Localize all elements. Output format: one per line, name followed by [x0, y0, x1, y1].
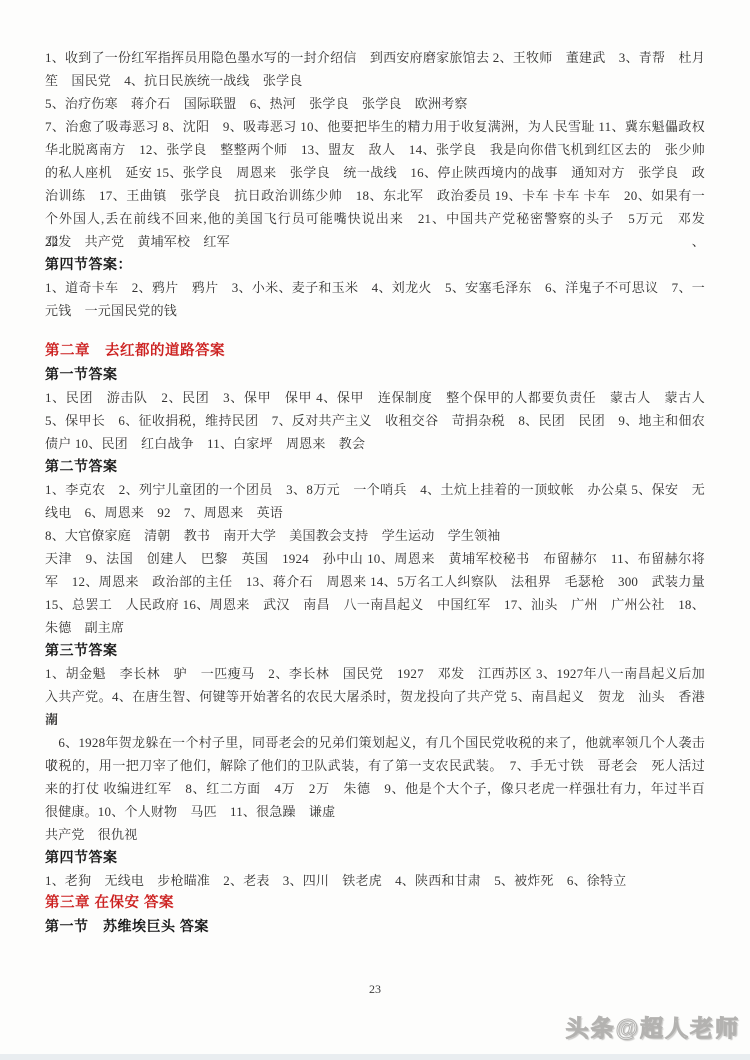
section-heading: 第二节答案	[45, 455, 705, 478]
page-number: 23	[0, 982, 750, 997]
section-heading: 第一节答案	[45, 363, 705, 386]
text-line: 很健康。10、个人财物 马匹 11、很急躁 谦虚	[45, 800, 705, 823]
text-line: 5、治疗伤寒 蒋介石 国际联盟 6、热河 张学良 张学良 欧洲考察	[45, 92, 705, 115]
chapter-heading: 第三章 在保安 答案	[45, 892, 705, 915]
text-line: 6、1928年贺龙躲在一个村子里，同哥老会的兄弟们策划起义，有几个国民党收税的来…	[45, 731, 705, 754]
text-line: 债户 10、民团 红白战争 11、白家坪 周恩来 教会	[45, 432, 705, 455]
text-line: 天津 9、法国 创建人 巴黎 英国 1924 孙中山 10、周恩来 黄埔军校秘书…	[45, 547, 705, 570]
text-line: 个外国人,丢在前线不回来,他的美国飞行员可能嘴快说出来 21、中国共产党秘密警察…	[45, 207, 705, 230]
text-line: 来的打仗 收编进红军 8、红二方面 4万 2万 朱德 9、他是个大个子，像只老虎…	[45, 777, 705, 800]
text-line: 1、民团 游击队 2、民团 3、保甲 保甲 4、保甲 连保制度 整个保甲的人都要…	[45, 386, 705, 409]
text-line: 南	[45, 708, 705, 731]
text-line: 1、道奇卡车 2、鸦片 鸦片 3、小米、麦子和玉米 4、刘龙火 5、安塞毛泽东 …	[45, 276, 705, 299]
section-heading: 第四节答案：	[45, 253, 705, 276]
text-line: 1、收到了一份红军指挥员用隐色墨水写的一封介绍信 到西安府磨家旅馆去 2、王牧师…	[45, 46, 705, 69]
text-line: 1、老狗 无线电 步枪瞄准 2、老表 3、四川 铁老虎 4、陕西和甘肃 5、被炸…	[45, 869, 705, 892]
section-heading: 第三节答案	[45, 639, 705, 662]
text-line: 收税的，用一把刀宰了他们，解除了他们的卫队武装，有了第一支农民武装。 7、手无寸…	[45, 754, 705, 777]
text-line: 7、治愈了吸毒恶习 8、沈阳 9、吸毒恶习 10、他要把毕生的精力用于收复满洲，…	[45, 115, 705, 138]
section-heading: 第四节答案	[45, 846, 705, 869]
text-line: 治训练 17、王曲镇 张学良 抗日政治训练少帅 18、东北军 政治委员 19、卡…	[45, 184, 705, 207]
document-body: 1、收到了一份红军指挥员用隐色墨水写的一封介绍信 到西安府磨家旅馆去 2、王牧师…	[45, 46, 705, 938]
text-line: 入共产党。4、在唐生智、何键等开始著名的农民大屠杀时，贺龙投向了共产党 5、南昌…	[45, 685, 705, 708]
text-line: 元钱 一元国民党的钱	[45, 299, 705, 322]
text-line: 1、李克农 2、列宁儿童团的一个团员 3、8万元 一个哨兵 4、土炕上挂着的一顶…	[45, 478, 705, 501]
bottom-edge-strip	[0, 1054, 750, 1060]
text-line: 8、大官僚家庭 清朝 教书 南开大学 美国教会支持 学生运动 学生领袖	[45, 524, 705, 547]
text-line: 线电 6、周恩来 92 7、周恩来 英语	[45, 501, 705, 524]
chapter-heading: 第二章 去红都的道路答案	[45, 340, 705, 363]
text-line: 1、胡金魁 李长林 驴 一匹瘦马 2、李长林 国民党 1927 邓发 江西苏区 …	[45, 662, 705, 685]
text-line: 的私人座机 延安 15、张学良 周恩来 张学良 统一战线 16、停止陕西境内的战…	[45, 161, 705, 184]
text-line: 15、总罢工 人民政府 16、周恩来 武汉 南昌 八一南昌起义 中国红军 17、…	[45, 593, 705, 616]
document-page: 1、收到了一份红军指挥员用隐色墨水写的一封介绍信 到西安府磨家旅馆去 2、王牧师…	[0, 0, 750, 1060]
watermark: 头条@超人老师	[566, 1010, 740, 1043]
text-line: 朱德 副主席	[45, 616, 705, 639]
text-line: 5、保甲长 6、征收捐税，维持民团 7、反对共产主义 收租交谷 苛捐杂税 8、民…	[45, 409, 705, 432]
spacer	[45, 322, 705, 340]
text-line: 共产党 很仇视	[45, 823, 705, 846]
text-line: 笙 国民党 4、抗日民族统一战线 张学良	[45, 69, 705, 92]
section-heading: 第一节 苏维埃巨头 答案	[45, 915, 705, 938]
text-line: 华北脱离南方 12、张学良 整整两个师 13、盟友 敌人 14、张学良 我是向你…	[45, 138, 705, 161]
text-line: 军 12、周恩来 政治部的主任 13、蒋介石 周恩来 14、5万名工人纠察队 法…	[45, 570, 705, 593]
